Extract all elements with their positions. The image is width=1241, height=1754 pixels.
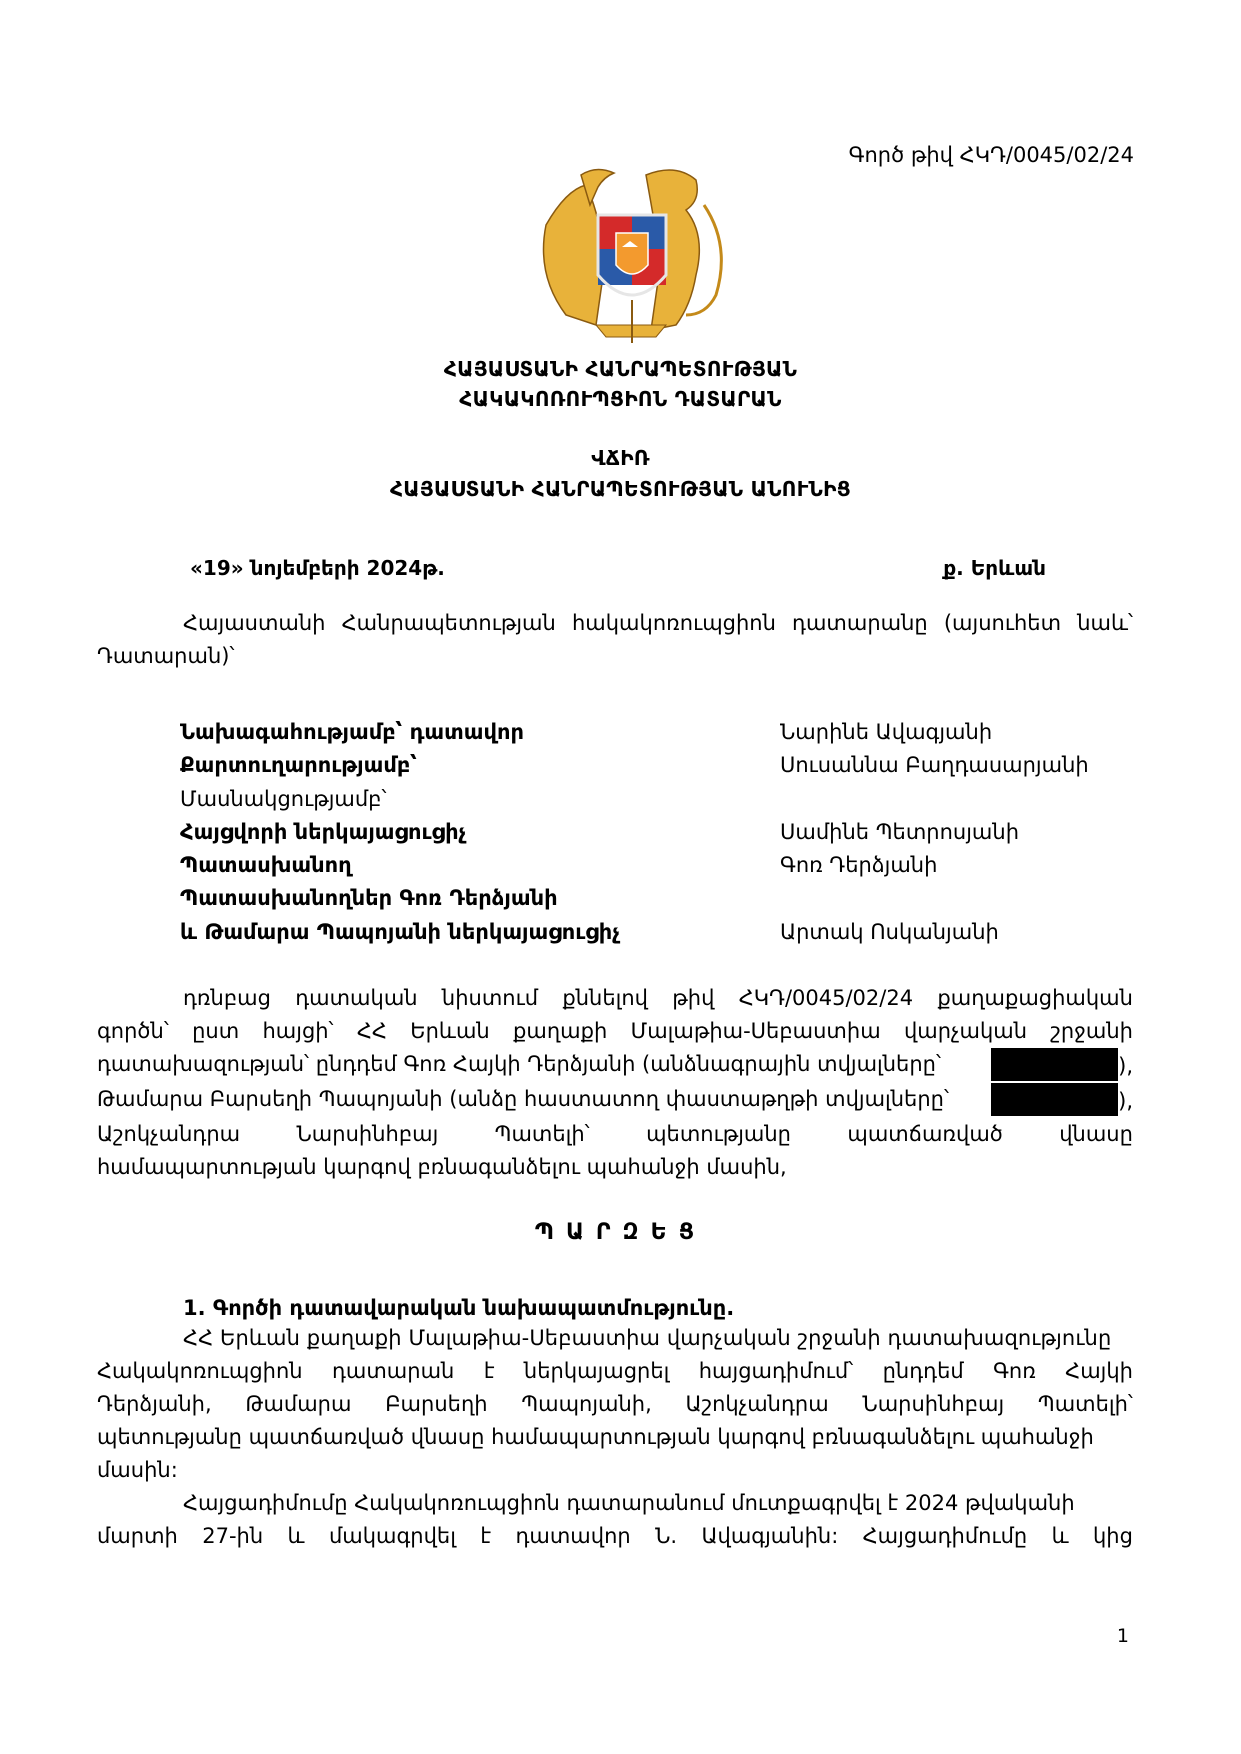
case-paragraph: դռնբացդատականնիստումքննելովթիվՀԿԴ/0045/0… — [97, 982, 1133, 1184]
composition-row: և Թամարա Պապոյանի ներկայացուցիչԱրտակ Ոսկ… — [180, 916, 1089, 949]
word: Հանրապետության — [342, 607, 556, 640]
s1p2-line-1: Հայցադիմումը Հակակոռուպցիոն դատարանում մ… — [97, 1487, 1133, 1520]
word: պատճառված — [847, 1118, 1002, 1151]
composition-row: ՊատասխանողԳոռ Դերձյանի — [180, 849, 1089, 882]
section1-paragraph-1: ՀՀ Երևան քաղաքի Մալաթիա-Սեբաստիա վարչակա… — [97, 1322, 1133, 1487]
intro-paragraph: ՀայաստանիՀանրապետությանհակակոռուպցիոնդատ… — [97, 607, 1133, 673]
composition-role: Պատասխանողներ Գոռ Դերձյանի — [180, 882, 780, 915]
composition-name: Արտակ Ոսկանյանի — [780, 916, 999, 949]
word: (այսուհետ — [944, 607, 1061, 640]
word: և — [288, 1520, 305, 1553]
case-line-5: ԱշոկչանդրաՆարսինհբայՊատելի՝պետությանըպատ… — [97, 1118, 1133, 1151]
composition-role: Մասնակցությամբ՝ — [180, 783, 780, 816]
word: Հայաստանի — [183, 607, 325, 640]
case-line-6: համապարտության կարգով բռնագանձելու պահան… — [97, 1151, 1133, 1184]
word: Հայցադիմումը — [863, 1520, 1028, 1553]
word: 27-ին — [202, 1520, 263, 1553]
case-line-3-text: դատախազության՝ ընդդեմ Գոռ Հայկի Դերձյանի… — [97, 1048, 941, 1083]
word: թիվ — [672, 982, 714, 1015]
court-title: ՀԱԿԱԿՈՌՈՒՊՑԻՈՆ ԴԱՏԱՐԱՆ — [0, 387, 1241, 411]
composition-name: Գոռ Դերձյանի — [780, 849, 937, 882]
case-line-2: գործն՝ըստհայցի՝ՀՀԵրևանքաղաքիՄալաթիա-Սեբա… — [97, 1015, 1133, 1048]
word: ընդդեմ — [883, 1355, 964, 1388]
decision-title: ՊԱՐԶԵՑ — [0, 1220, 1241, 1245]
decision-city: ք. Երևան — [943, 556, 1046, 580]
word: Պատելի՝ — [1038, 1388, 1133, 1421]
composition-name: Նարինե Ավագյանի — [780, 716, 992, 749]
word: Նարսինհբայ — [297, 1118, 439, 1151]
word: Նարսինհբայ — [862, 1388, 1004, 1421]
word: ըստ — [192, 1015, 239, 1048]
word: Դերձյանի, — [97, 1388, 212, 1421]
composition-row: Քարտուղարությամբ՝Սուսաննա Բաղդասարյանի — [180, 749, 1089, 782]
word: հայցի՝ — [262, 1015, 333, 1048]
composition-role: Հայցվորի ներկայացուցիչ — [180, 816, 780, 849]
court-composition: Նախագահությամբ՝ դատավորՆարինե ԱվագյանիՔա… — [180, 716, 1089, 949]
word: Պատելի՝ — [495, 1118, 590, 1151]
word: Հակակոռուպցիոն — [97, 1355, 303, 1388]
section-heading: 1. Գործի դատավարական նախապատմությունը. — [183, 1296, 734, 1320]
case-line-4-text: Թամարա Բարսեղի Պապոյանի (անձը հաստատող փ… — [97, 1083, 949, 1118]
word: է — [484, 1355, 495, 1388]
word: ՀԿԴ/0045/02/24 — [739, 982, 913, 1015]
s1p1-line-4: պետությանը պատճառված վնասը համապարտությա… — [97, 1421, 1133, 1454]
intro-line-1: ՀայաստանիՀանրապետությանհակակոռուպցիոնդատ… — [97, 607, 1133, 640]
word: քաղաքացիական — [937, 982, 1133, 1015]
word: Երևան — [410, 1015, 490, 1048]
word: Ն. — [655, 1520, 677, 1553]
word: պետությանը — [646, 1118, 791, 1151]
word: գործն՝ — [97, 1015, 169, 1048]
composition-row: Նախագահությամբ՝ դատավորՆարինե Ավագյանի — [180, 716, 1089, 749]
word: Աշոկչանդրա — [97, 1118, 240, 1151]
composition-row: Մասնակցությամբ՝ — [180, 783, 1089, 816]
in-the-name-of: ՀԱՅԱՍՏԱՆԻ ՀԱՆՐԱՊԵՏՈՒԹՅԱՆ ԱՆՈՒՆԻՑ — [0, 477, 1241, 501]
word: Գոռ — [993, 1355, 1036, 1388]
intro-line-2: Դատարան)՝ — [97, 640, 1133, 673]
page-number: 1 — [1117, 1625, 1129, 1647]
word: ներկայացրել — [524, 1355, 669, 1388]
word: քննելով — [562, 982, 648, 1015]
word: դռնբաց — [183, 982, 271, 1015]
s1p1-line-5: մասին: — [97, 1454, 1133, 1487]
composition-name: Սամինե Պետրոսյանի — [780, 816, 1019, 849]
coat-of-arms-icon — [526, 165, 738, 345]
s1p1-line-3: Դերձյանի,ԹամարաԲարսեղիՊապոյանի,Աշոկչանդր… — [97, 1388, 1133, 1421]
composition-role: Քարտուղարությամբ՝ — [180, 749, 780, 782]
word: Բարսեղի — [385, 1388, 487, 1421]
s1p1-line-2: Հակակոռուպցիոնդատարանէներկայացրելհայցադի… — [97, 1355, 1133, 1388]
word: Թամարա — [245, 1388, 351, 1421]
word: հակակոռուպցիոն — [572, 607, 776, 640]
word: մարտի — [97, 1520, 178, 1553]
word: դատարան — [332, 1355, 454, 1388]
word: կից — [1093, 1520, 1133, 1553]
composition-role: Նախագահությամբ՝ դատավոր — [180, 716, 780, 749]
s1p2-line-2: մարտի27-ինևմակագրվելէդատավորՆ.Ավագյանին:… — [97, 1520, 1133, 1553]
redaction-box — [991, 1048, 1118, 1081]
composition-role: Պատասխանող — [180, 849, 780, 882]
case-line-1: դռնբացդատականնիստումքննելովթիվՀԿԴ/0045/0… — [97, 982, 1133, 1015]
word: է — [480, 1520, 491, 1553]
word: մակագրվել — [329, 1520, 456, 1553]
case-line-3: դատախազության՝ ընդդեմ Գոռ Հայկի Դերձյանի… — [97, 1048, 1133, 1083]
word: վնասը — [1059, 1118, 1133, 1151]
case-line-4: Թամարա Բարսեղի Պապոյանի (անձը հաստատող փ… — [97, 1083, 1133, 1118]
composition-row: Հայցվորի ներկայացուցիչՍամինե Պետրոսյանի — [180, 816, 1089, 849]
republic-title: ՀԱՅԱՍՏԱՆԻ ՀԱՆՐԱՊԵՏՈՒԹՅԱՆ — [0, 357, 1241, 381]
word: դատարանը — [792, 607, 928, 640]
word: նիստում — [442, 982, 538, 1015]
redaction-box — [991, 1083, 1118, 1116]
word: նաև՝ — [1077, 607, 1133, 640]
word: Մալաթիա-Սեբաստիա — [631, 1015, 881, 1048]
word: վարչական — [904, 1015, 1027, 1048]
word: հայցադիմում՝ — [699, 1355, 854, 1388]
word: Աշոկչանդրա — [686, 1388, 829, 1421]
word: Պապոյանի, — [521, 1388, 651, 1421]
composition-name: Սուսաննա Բաղդասարյանի — [780, 749, 1089, 782]
case-line-4-end: ), — [1118, 1089, 1133, 1113]
case-number: Գործ թիվ ՀԿԴ/0045/02/24 — [849, 143, 1134, 167]
composition-row: Պատասխանողներ Գոռ Դերձյանի — [180, 882, 1089, 915]
word: շրջանի — [1050, 1015, 1133, 1048]
word: Ավագյանին: — [701, 1520, 838, 1553]
document-type: ՎՃԻՌ — [0, 446, 1241, 470]
word: և — [1052, 1520, 1069, 1553]
word: ՀՀ — [357, 1015, 387, 1048]
word: դատական — [295, 982, 417, 1015]
word: քաղաքի — [513, 1015, 607, 1048]
section1-paragraph-2: Հայցադիմումը Հակակոռուպցիոն դատարանում մ… — [97, 1487, 1133, 1553]
word: Հայկի — [1065, 1355, 1133, 1388]
s1p1-line-1: ՀՀ Երևան քաղաքի Մալաթիա-Սեբաստիա վարչակա… — [97, 1322, 1133, 1355]
decision-date: «19» նոյեմբերի 2024թ. — [190, 556, 445, 580]
word: դատավոր — [515, 1520, 630, 1553]
case-line-3-end: ), — [1118, 1054, 1133, 1078]
composition-role: և Թամարա Պապոյանի ներկայացուցիչ — [180, 916, 780, 949]
